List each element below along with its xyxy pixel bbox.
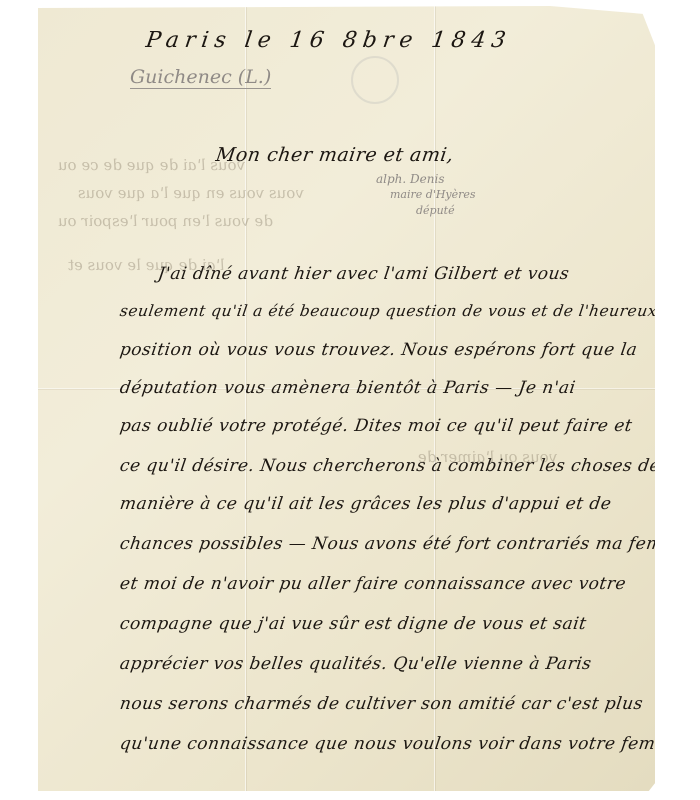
body-line: ce qu'il désire. Nous chercherons à comb… bbox=[119, 456, 662, 476]
place-date-header: Paris le 16 8bre 1843 bbox=[144, 28, 513, 53]
body-line: chances possibles — Nous avons été fort … bbox=[119, 534, 692, 554]
body-line: apprécier vos belles qualités. Qu'elle v… bbox=[119, 654, 593, 674]
postmark-stamp-icon bbox=[351, 56, 399, 104]
body-line: compagne que j'ai vue sûr est digne de v… bbox=[119, 614, 588, 634]
archive-name-annotation: Guichenec (L.) bbox=[130, 66, 271, 89]
body-line: J'ai dîné avant hier avec l'ami Gilbert … bbox=[157, 264, 571, 284]
body-line: pas oublié votre protégé. Dites moi ce q… bbox=[119, 416, 634, 436]
recipient-note-office: député bbox=[416, 204, 455, 217]
body-line: et moi de n'avoir pu aller faire connais… bbox=[119, 574, 628, 594]
body-line: députation vous amènera bientôt à Paris … bbox=[119, 378, 577, 398]
body-line: manière à ce qu'il ait les grâces les pl… bbox=[119, 494, 613, 514]
body-line: qu'une connaissance que nous voulons voi… bbox=[119, 734, 684, 754]
bleed-through-line: de vous l'en pour l'espoir ou bbox=[57, 212, 274, 230]
recipient-note-title: maire d'Hyères bbox=[390, 188, 476, 201]
body-line: nous serons charmés de cultiver son amit… bbox=[119, 694, 645, 714]
bleed-through-line: vous vous en que l'a que vous bbox=[77, 184, 305, 202]
letter-page: vous l'ai de que de ce ou vous vous en q… bbox=[38, 6, 655, 791]
body-line: position où vous vous trouvez. Nous espé… bbox=[119, 340, 639, 360]
recipient-note-name: alph. Denis bbox=[376, 172, 444, 186]
salutation-text: Mon cher maire et ami, bbox=[214, 144, 455, 166]
body-line: seulement qu'il a été beaucoup question … bbox=[119, 302, 659, 320]
